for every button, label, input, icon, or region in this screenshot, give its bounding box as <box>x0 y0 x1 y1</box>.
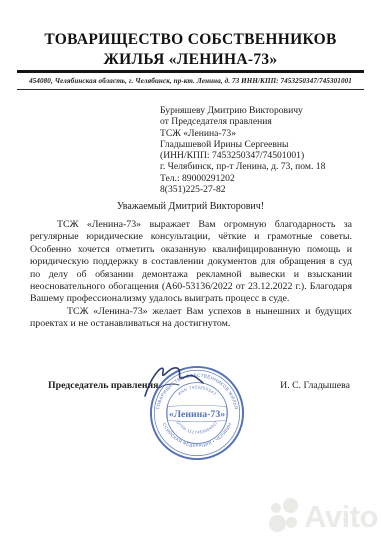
body-paragraph-2: ТСЖ «Ленина-73» желает Вам успехов в нын… <box>30 306 352 331</box>
signature-person-name: И. С. Гладышева <box>280 380 350 391</box>
letterhead-address: 454080, Челябинская область, г. Челябинс… <box>0 77 381 85</box>
header-rule-top <box>17 70 364 73</box>
salutation: Уважаемый Дмитрий Викторович! <box>0 201 381 212</box>
recipient-line: Бурняшеву Дмитрию Викторовичу <box>160 105 370 116</box>
avito-watermark: Avito <box>269 498 378 536</box>
recipient-line: ТСЖ «Ленина-73» <box>160 128 370 139</box>
avito-watermark-text: Avito <box>304 498 378 536</box>
letter-body: ТСЖ «Ленина-73» выражает Вам огромную бл… <box>30 219 352 331</box>
organization-title: ТОВАРИЩЕСТВО СОБСТВЕННИКОВ ЖИЛЬЯ «ЛЕНИНА… <box>0 30 381 70</box>
recipient-line: г. Челябинск, пр-т Ленина, д. 73, пом. 1… <box>160 161 370 172</box>
body-paragraph-1: ТСЖ «Ленина-73» выражает Вам огромную бл… <box>30 219 352 306</box>
recipient-line: Тел.: 89000291202 <box>160 173 370 184</box>
title-line-2: ЖИЛЬЯ «ЛЕНИНА-73» <box>0 50 381 70</box>
stamp-center-text: «Ленина-73» <box>169 409 225 420</box>
letter-page: ТОВАРИЩЕСТВО СОБСТВЕННИКОВ ЖИЛЬЯ «ЛЕНИНА… <box>0 0 381 540</box>
handwritten-signature <box>139 358 213 406</box>
recipient-line: Гладышевой Ирины Сергеевны <box>160 139 370 150</box>
recipient-block: Бурняшеву Дмитрию Викторовичу от Председ… <box>160 105 370 195</box>
avito-logo-icon <box>269 498 301 536</box>
recipient-line: 8(351)225-27-82 <box>160 184 370 195</box>
recipient-line: от Председателя правления <box>160 116 370 127</box>
title-line-1: ТОВАРИЩЕСТВО СОБСТВЕННИКОВ <box>0 30 381 50</box>
recipient-line: (ИНН/КПП: 7453250347/74501001) <box>160 150 370 161</box>
header-rule-bottom <box>17 89 364 90</box>
